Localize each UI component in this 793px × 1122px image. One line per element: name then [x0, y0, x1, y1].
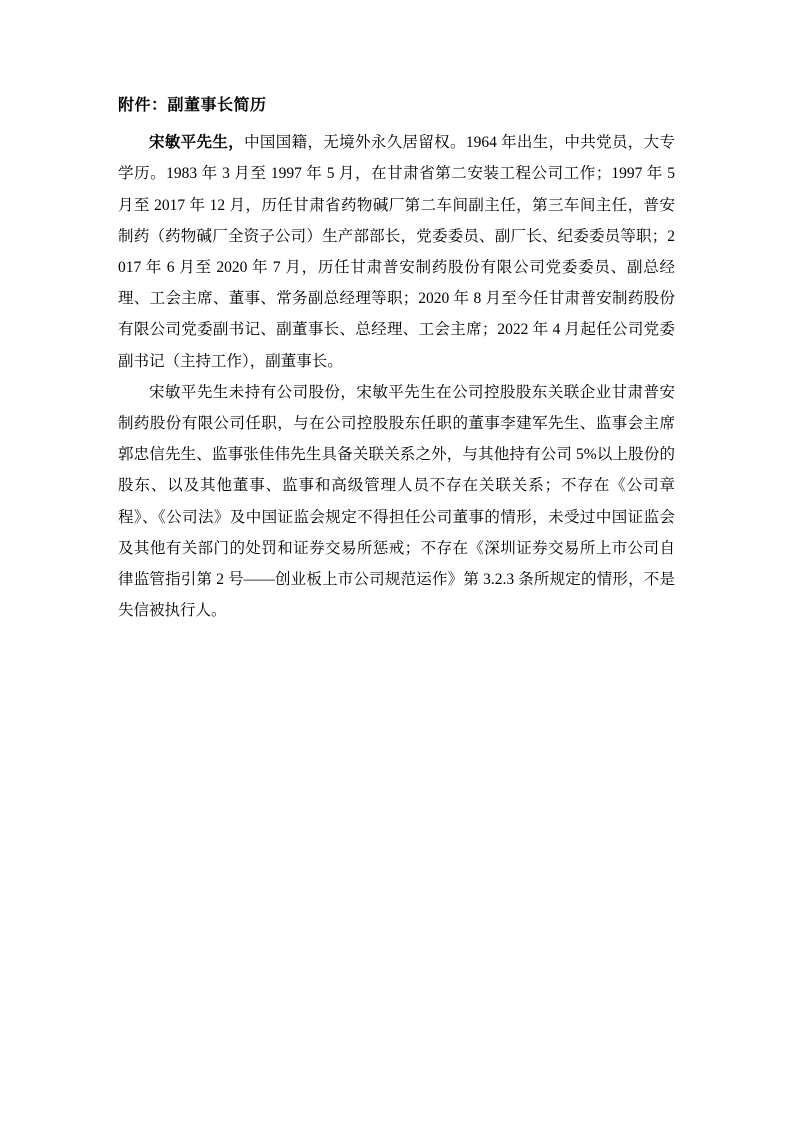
- document-body: { "page": { "background_color": "#ffffff…: [0, 0, 793, 1122]
- biography-text: 中国国籍，无境外永久居留权。1964 年出生，中共党员，大专学历。1983 年 …: [118, 134, 675, 369]
- attachment-heading: 附件：副董事长简历: [118, 90, 675, 121]
- document-page: 附件：副董事长简历 宋敏平先生，中国国籍，无境外永久居留权。1964 年出生，中…: [0, 0, 793, 1122]
- person-name-lead: 宋敏平先生，: [149, 134, 244, 151]
- relationship-disclosure-paragraph: 宋敏平先生未持有公司股份，宋敏平先生在公司控股股东关联企业甘肃普安制药股份有限公…: [118, 377, 675, 627]
- biography-paragraph: 宋敏平先生，中国国籍，无境外永久居留权。1964 年出生，中共党员，大专学历。1…: [118, 127, 675, 377]
